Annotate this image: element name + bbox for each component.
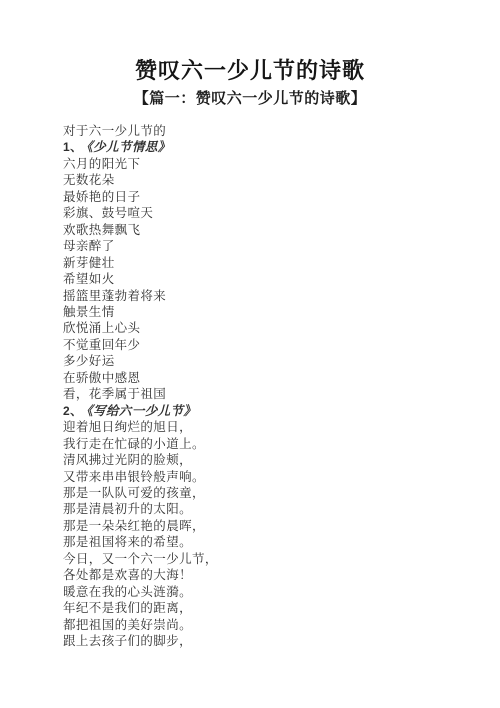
poem-line: 彩旗、鼓号喧天 [63, 205, 460, 221]
page-title: 赞叹六一少儿节的诗歌 [0, 0, 500, 84]
poem-line: 欣悦涌上心头 [63, 320, 460, 336]
poem-line: 看，花季属于祖国 [63, 386, 460, 402]
poem-line: 无数花朵 [63, 172, 460, 188]
poem-line: 摇篮里蓬勃着将来 [63, 288, 460, 304]
poem-line: 今日，又一个六一少儿节， [63, 551, 460, 567]
poem-line: 各处都是欢喜的大海！ [63, 567, 460, 583]
poem-line: 2、《写给六一少儿节》 [63, 403, 460, 419]
poem-line: 触景生情 [63, 304, 460, 320]
poem-subtitle: 《少儿节情思》 [86, 140, 170, 154]
poem-line: 最娇艳的日子 [63, 189, 460, 205]
poem-line: 跟上去孩子们的脚步， [63, 633, 460, 649]
section-heading: 【篇一：赞叹六一少儿节的诗歌】 [0, 90, 500, 108]
poem-line: 对于六一少儿节的 [63, 123, 460, 139]
poem-subtitle: 《写给六一少儿节》 [86, 404, 196, 418]
poem-number: 2、 [63, 404, 82, 418]
poem-line: 不觉重回年少 [63, 337, 460, 353]
poem-line: 又带来串串银铃般声响。 [63, 469, 460, 485]
poem-line: 希望如火 [63, 271, 460, 287]
poem-line: 欢歌热舞飘飞 [63, 222, 460, 238]
document-page: 赞叹六一少儿节的诗歌 【篇一：赞叹六一少儿节的诗歌】 对于六一少儿节的1、《少儿… [0, 0, 500, 708]
poem-number: 1、 [63, 140, 82, 154]
poem-line: 多少好运 [63, 353, 460, 369]
poem-line: 那是清晨初升的太阳。 [63, 501, 460, 517]
poem-line: 母亲醉了 [63, 238, 460, 254]
poem-line: 暖意在我的心头涟漪。 [63, 584, 460, 600]
poem-line: 六月的阳光下 [63, 156, 460, 172]
poem-body: 对于六一少儿节的1、《少儿节情思》六月的阳光下无数花朵最娇艳的日子彩旗、鼓号喧天… [63, 123, 460, 650]
poem-line: 清风拂过光阴的脸颊， [63, 452, 460, 468]
poem-line: 1、《少儿节情思》 [63, 139, 460, 155]
poem-line: 迎着旭日绚烂的旭日， [63, 419, 460, 435]
poem-line: 那是一队队可爱的孩童， [63, 485, 460, 501]
poem-line: 那是一朵朵红艳的晨晖， [63, 518, 460, 534]
poem-line: 我行走在忙碌的小道上。 [63, 436, 460, 452]
poem-line: 年纪不是我们的距离， [63, 600, 460, 616]
poem-line: 在骄傲中感恩 [63, 370, 460, 386]
poem-line: 新芽健壮 [63, 255, 460, 271]
poem-line: 都把祖国的美好崇尚。 [63, 617, 460, 633]
poem-line: 那是祖国将来的希望。 [63, 534, 460, 550]
